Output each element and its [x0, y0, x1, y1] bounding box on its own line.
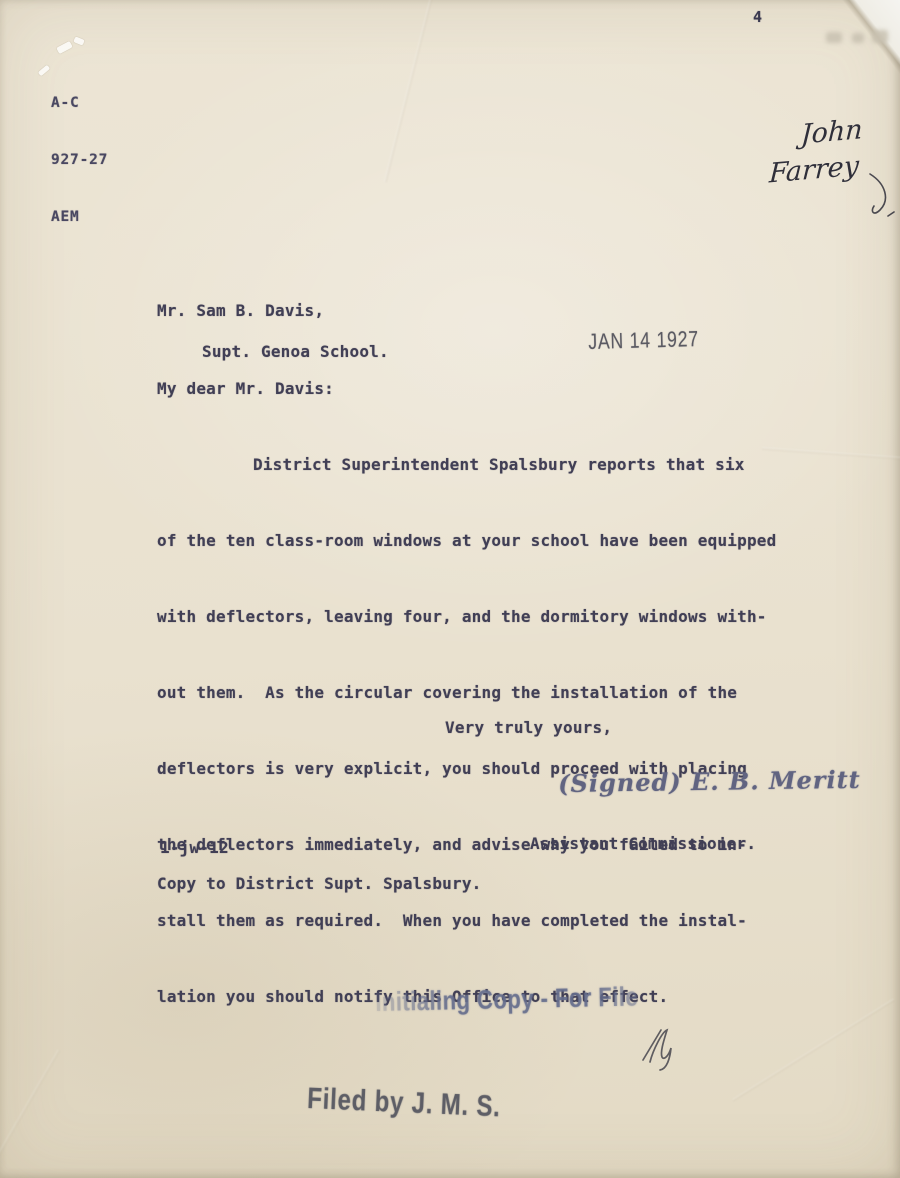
signer-title: Assistant Commissioner. [530, 834, 756, 853]
paper-crease [762, 447, 900, 460]
file-code-line: A-C [51, 94, 108, 113]
paper-crease [384, 0, 435, 182]
date-received-stamp: JAN 14 1927 [588, 326, 699, 355]
file-code-line: 927-27 [51, 151, 108, 170]
handwriting-flourish [868, 170, 898, 225]
paper-speck [56, 41, 73, 54]
file-code-block: A-C 927-27 AEM [51, 56, 108, 265]
filed-by-stamp: Filed by J. M. S. [307, 1082, 502, 1124]
paper-crease [0, 1049, 60, 1178]
faint-bleedthrough-mark [826, 32, 842, 43]
closing-phrase: Very truly yours, [445, 718, 612, 737]
handwritten-initials [636, 1022, 688, 1074]
body-line: of the ten class-room windows at your sc… [157, 522, 776, 560]
recipient-title: Supt. Genoa School. [202, 342, 389, 361]
body-line: District Superintendent Spalsbury report… [157, 446, 776, 484]
body-line: with deflectors, leaving four, and the d… [157, 598, 776, 636]
body-line: out them. As the circular covering the i… [157, 674, 776, 712]
paper-speck [73, 36, 85, 45]
reference-code: 1-jw-12 [160, 838, 229, 857]
page-number: 4 [753, 8, 762, 26]
paper-speck [38, 65, 50, 77]
initialing-copy-stamp: Initialing Copy - For File [375, 981, 638, 1017]
file-code-line: AEM [51, 208, 108, 227]
faint-bleedthrough-mark [852, 33, 864, 43]
recipient-name: Mr. Sam B. Davis, [157, 301, 324, 320]
copy-note: Copy to District Supt. Spalsbury. [157, 874, 481, 893]
faint-bleedthrough-mark [872, 30, 888, 43]
body-line: stall them as required. When you have co… [157, 902, 776, 940]
scanned-letter-page: A-C 927-27 AEM 4 John Farrey JAN 14 1927… [0, 0, 900, 1178]
salutation: My dear Mr. Davis: [157, 379, 334, 398]
signature-stamp: (Signed) E. B. Meritt [558, 765, 861, 798]
